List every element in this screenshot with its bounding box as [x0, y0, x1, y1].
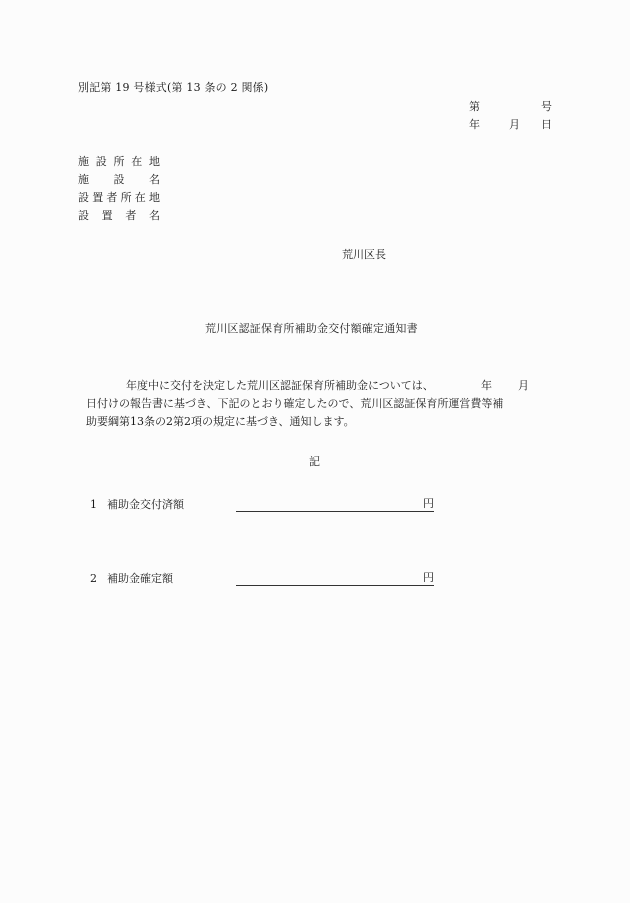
- ki-heading: 記: [309, 455, 320, 469]
- grant-paid-amount-field[interactable]: 円: [236, 497, 434, 512]
- recipient-facility-name: 施設名: [78, 173, 162, 187]
- body-line-1: 年度中に交付を決定した荒川区認証保育所補助金については、: [126, 379, 434, 393]
- recipient-label: 設置者名: [78, 209, 160, 223]
- item-label-grant-paid: 補助金交付済額: [107, 498, 184, 512]
- yen-unit: 円: [423, 571, 434, 585]
- form-id: 別記第 19 号様式(第 13 条の 2 関係): [78, 81, 268, 95]
- recipient-label: 施設名: [78, 173, 160, 187]
- recipient-founder-address: 設置者所在地: [78, 191, 162, 205]
- item-label-grant-confirmed: 補助金確定額: [107, 572, 173, 586]
- item-number: 1: [90, 498, 97, 512]
- date-day: 日: [541, 118, 552, 132]
- number-go: 号: [541, 100, 552, 114]
- document-number: 第 号: [469, 100, 553, 114]
- yen-unit: 円: [423, 497, 434, 511]
- recipient-label: 施設所在地: [78, 155, 160, 169]
- issuer: 荒川区長: [342, 248, 386, 262]
- recipient-label: 設置者所在地: [78, 191, 160, 205]
- date-month: 月: [509, 118, 520, 132]
- recipient-facility-address: 施設所在地: [78, 155, 162, 169]
- date-year: 年: [469, 118, 480, 132]
- recipient-founder-name: 設置者名: [78, 209, 162, 223]
- body-line-3: 助要綱第13条の2第2項の規定に基づき、通知します。: [86, 415, 355, 429]
- body-line-1-month: 月: [518, 379, 529, 393]
- document-date: 年 月 日: [469, 118, 553, 132]
- document-title: 荒川区認証保育所補助金交付額確定通知書: [205, 322, 418, 336]
- number-dai: 第: [469, 100, 480, 114]
- body-line-2: 日付けの報告書に基づき、下記のとおり確定したので、荒川区認証保育所運営費等補: [86, 397, 503, 411]
- grant-confirmed-amount-field[interactable]: 円: [236, 571, 434, 586]
- item-number: 2: [90, 572, 97, 586]
- body-line-1-year: 年: [481, 379, 492, 393]
